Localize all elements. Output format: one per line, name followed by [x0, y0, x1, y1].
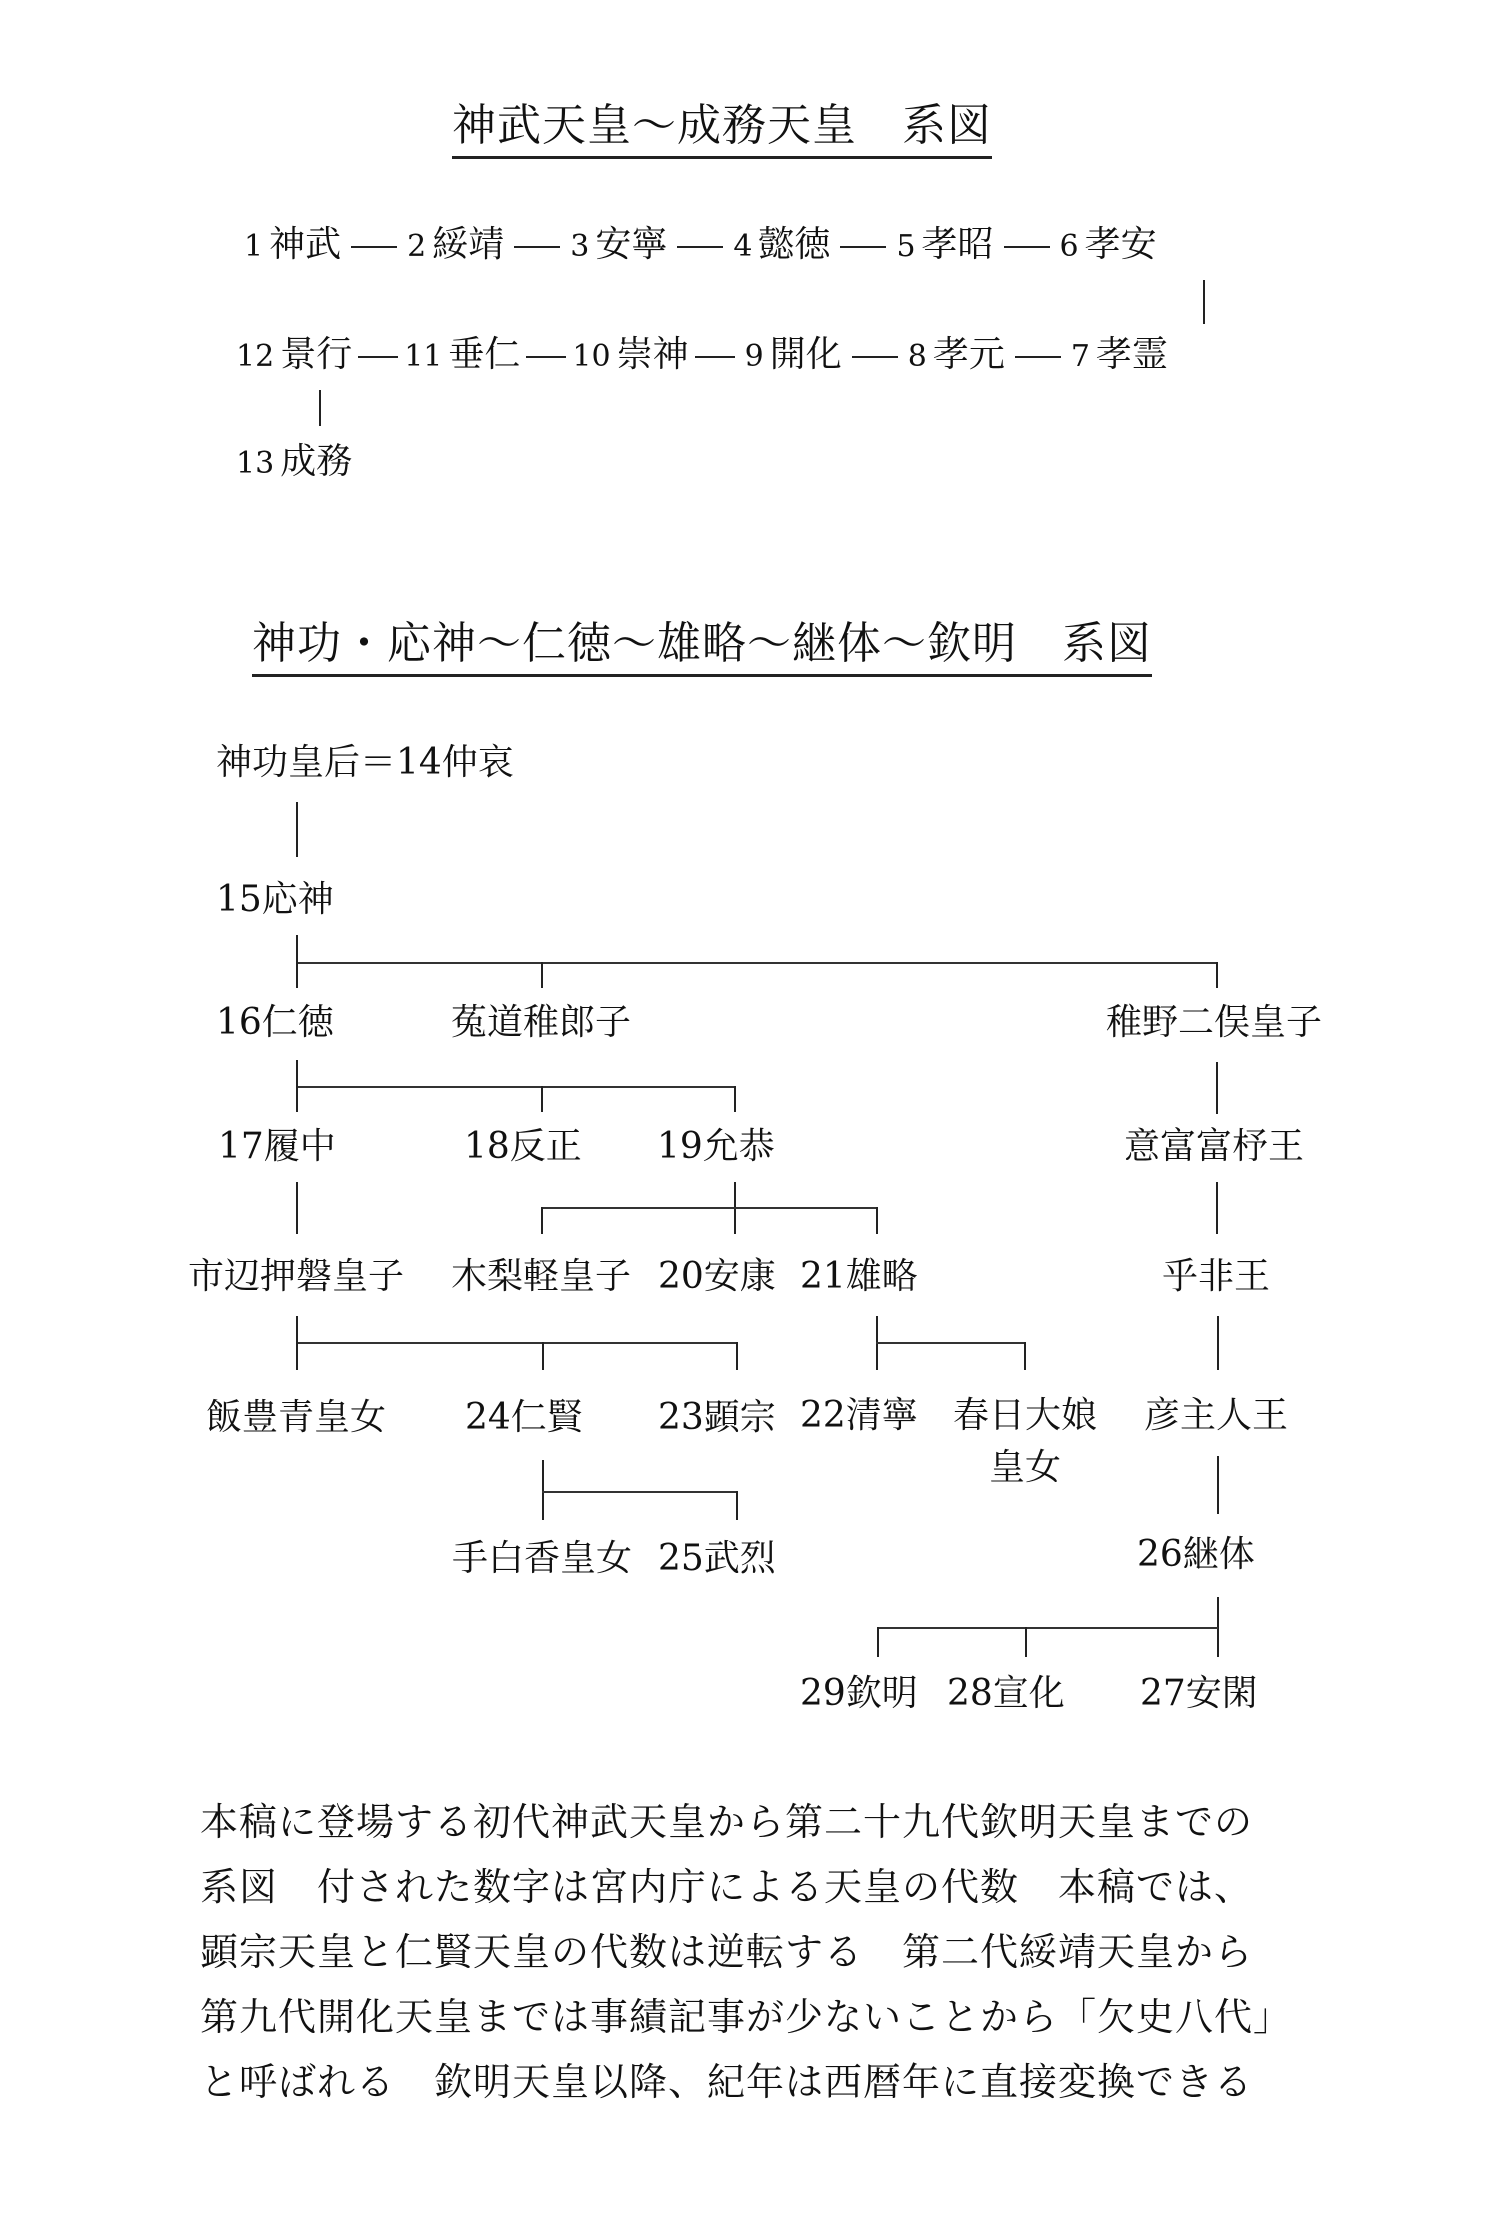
node-richu: 17履中 [218, 1129, 336, 1165]
node-kinmei: 29欽明 [800, 1676, 918, 1712]
node-tashiraka: 手白香皇女 [452, 1541, 632, 1577]
node-anko: 20安康 [658, 1259, 776, 1295]
bar-ichinobe-children [296, 1342, 737, 1344]
node-uji: 菟道稚郎子 [451, 1005, 631, 1041]
chain-row-1: 1神武2綏靖3安寧4懿徳5孝昭6孝安 [244, 227, 1157, 263]
line-ninken-down [542, 1460, 544, 1520]
explanatory-note: 本稿に登場する初代神武天皇から第二十九代欽明天皇までの 系図 付された数字は宮内… [200, 1790, 1340, 2115]
connector-dash [840, 246, 886, 248]
node-hanzei: 18反正 [464, 1129, 582, 1165]
node-ojin: 15応神 [216, 882, 334, 918]
connector-dash [514, 246, 560, 248]
bar-nintoku-children [296, 1086, 735, 1088]
connector-6-7 [1203, 280, 1205, 324]
connector-dash [852, 356, 898, 358]
drop-buretsu [736, 1491, 738, 1520]
bar-ojin-children [296, 962, 1218, 964]
drop-richu [296, 1086, 298, 1112]
node-jingu-chuai: 神功皇后＝14仲哀 [216, 745, 514, 781]
connector-dash [677, 246, 723, 248]
line-ojin-down [296, 935, 298, 963]
note-line-5: と呼ばれる 欽明天皇以降、紀年は西暦年に直接変換できる [200, 2050, 1340, 2115]
emperor-8: 8孝元 [908, 334, 1005, 375]
emperor-11: 11垂仁 [404, 334, 520, 375]
drop-ninken [542, 1342, 544, 1370]
node-hikoushi: 彦主人王 [1144, 1398, 1288, 1434]
connector-dash [351, 246, 397, 248]
connector-dash [358, 356, 398, 358]
connector-dash [695, 356, 735, 358]
emperor-9: 9開化 [745, 334, 842, 375]
emperor-3: 3安寧 [570, 224, 667, 265]
node-kenzo: 23顕宗 [658, 1400, 776, 1436]
bar-ninken-children [542, 1491, 737, 1493]
drop-uji [541, 962, 543, 988]
emperor-2: 2綏靖 [407, 224, 504, 265]
node-ninken: 24仁賢 [465, 1400, 583, 1436]
connector-12-13 [319, 390, 321, 426]
drop-nintoku [296, 962, 298, 988]
chain-row-2: 12景行11垂仁10崇神9開化8孝元7孝霊 [236, 337, 1168, 373]
line-richu-down [296, 1182, 298, 1234]
node-kinashi: 木梨軽皇子 [451, 1259, 631, 1295]
node-ingyo: 19允恭 [657, 1129, 775, 1165]
bar-ingyo-children [541, 1207, 877, 1209]
node-yuryaku: 21雄略 [800, 1259, 918, 1295]
emperor-5: 5孝昭 [896, 224, 993, 265]
node-ankan: 27安閑 [1140, 1676, 1258, 1712]
bar-yuryaku-children [876, 1342, 1025, 1344]
drop-senka [1025, 1627, 1027, 1657]
line-chuai-ojin [296, 802, 298, 857]
connector-dash [1015, 356, 1061, 358]
drop-wakanuke [1216, 962, 1218, 988]
drop-ingyo [734, 1086, 736, 1112]
drop-hanzei [541, 1086, 543, 1112]
emperor-7: 7孝霊 [1071, 334, 1168, 375]
emperor-13: 13成務 [236, 441, 352, 482]
emperor-12: 12景行 [236, 334, 352, 375]
line-wakanuke-down [1216, 1062, 1218, 1114]
node-seinei: 22清寧 [800, 1398, 918, 1434]
line-nintoku-down [296, 1060, 298, 1088]
bar-keitai-children [877, 1627, 1218, 1629]
connector-dash [526, 356, 566, 358]
line-ohohodo-down [1216, 1182, 1218, 1234]
node-senka: 28宣化 [947, 1676, 1065, 1712]
line-hikoushi-down [1217, 1456, 1219, 1514]
drop-kinmei [877, 1627, 879, 1657]
drop-kasuga [1024, 1342, 1026, 1370]
node-nintoku: 16仁徳 [216, 1005, 334, 1041]
node-ichinobe: 市辺押磐皇子 [188, 1259, 404, 1295]
note-line-2: 系図 付された数字は宮内庁による天皇の代数 本稿では、 [200, 1855, 1340, 1920]
note-line-4: 第九代開化天皇までは事績記事が少ないことから「欠史八代」 [200, 1985, 1340, 2050]
connector-dash [1004, 246, 1050, 248]
node-ohi: 乎非王 [1162, 1259, 1270, 1295]
emperor-10: 10崇神 [572, 334, 688, 375]
note-line-3: 顕宗天皇と仁賢天皇の代数は逆転する 第二代綏靖天皇から [200, 1920, 1340, 1985]
node-buretsu: 25武烈 [658, 1541, 776, 1577]
node-iitoyo: 飯豊青皇女 [206, 1400, 386, 1436]
node-kasuga-line1: 春日大娘 [953, 1398, 1097, 1434]
emperor-1: 1神武 [244, 224, 341, 265]
node-kasuga-line2: 皇女 [989, 1450, 1061, 1486]
drop-yuryaku [876, 1207, 878, 1234]
drop-iitoyo [296, 1342, 298, 1370]
section1-title: 神武天皇～成務天皇 系図 [452, 104, 992, 159]
line-ohi-down [1217, 1316, 1219, 1370]
node-ohohodo: 意富富杼王 [1124, 1129, 1304, 1165]
drop-kenzo [736, 1342, 738, 1370]
drop-kinashi [541, 1207, 543, 1234]
line-ichinobe-down [296, 1316, 298, 1343]
chain-row-3: 13成務 [236, 444, 352, 480]
section2-title: 神功・応神～仁徳～雄略～継体～欽明 系図 [252, 622, 1152, 677]
note-line-1: 本稿に登場する初代神武天皇から第二十九代欽明天皇までの [200, 1790, 1340, 1855]
emperor-6: 6孝安 [1060, 224, 1157, 265]
node-wakanuke: 稚野二俣皇子 [1106, 1005, 1322, 1041]
emperor-4: 4懿徳 [733, 224, 830, 265]
node-keitai: 26継体 [1137, 1537, 1255, 1573]
